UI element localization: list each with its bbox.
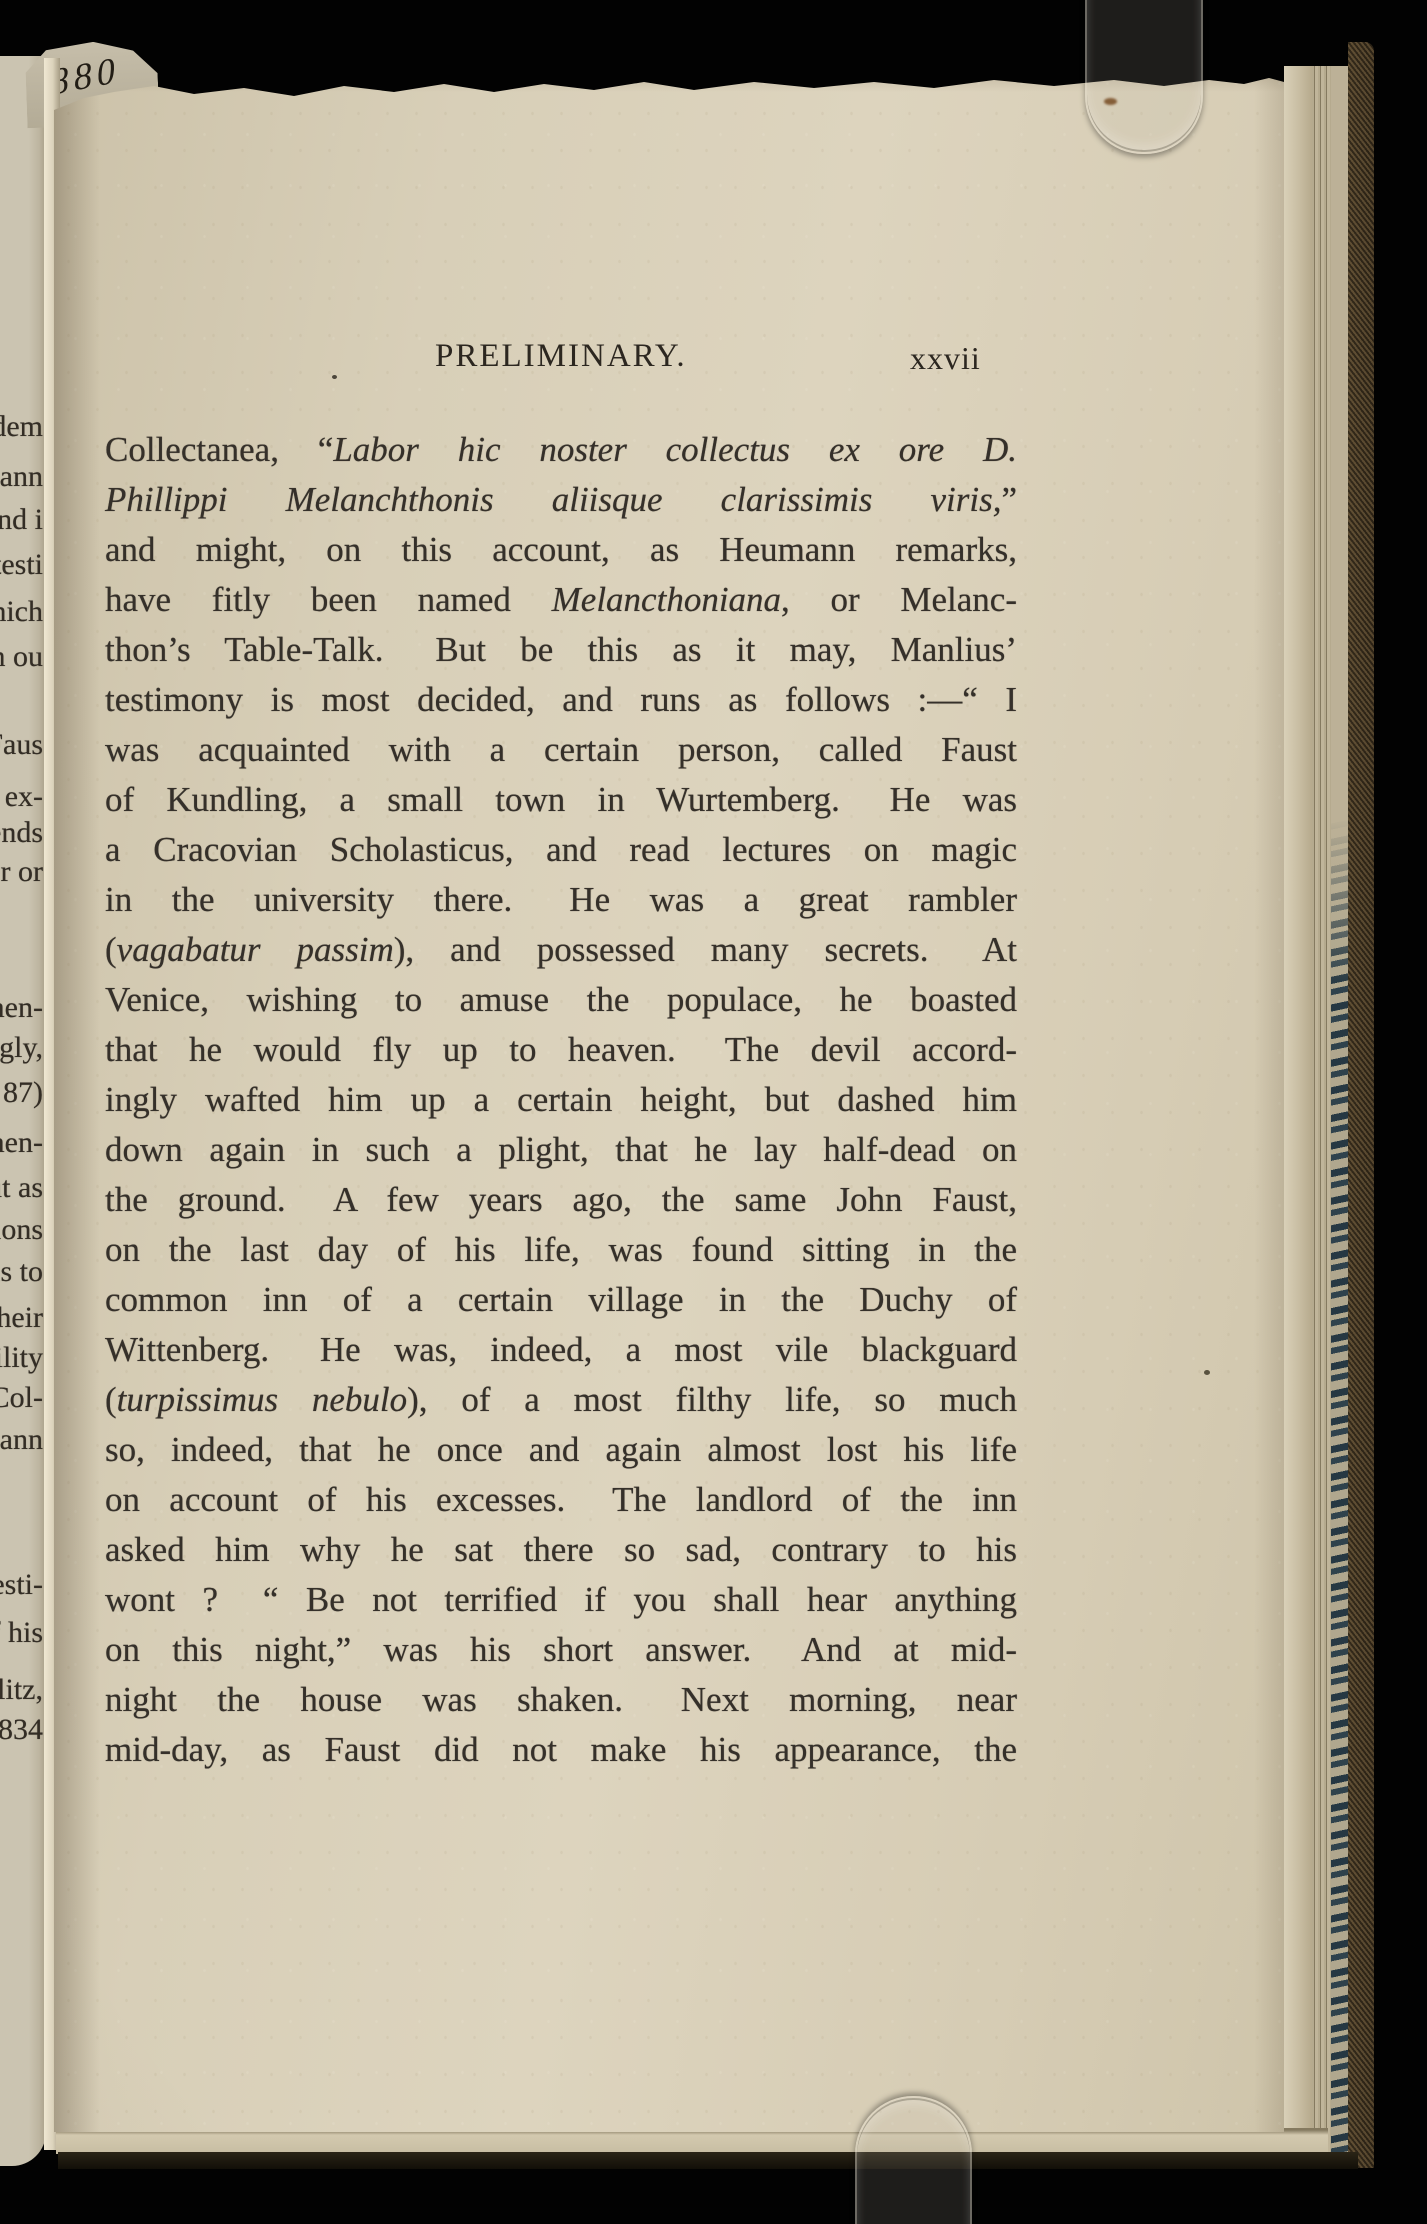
cover-cloth <box>1348 42 1374 2168</box>
facing-page-fragment: bability <box>0 1342 43 1374</box>
facing-page-fragment: uther or <box>0 856 43 888</box>
text-line: on this night,” was his short answer. An… <box>105 1628 1017 1678</box>
facing-page-fragment: umann <box>0 1424 43 1456</box>
text-line: have fitly been named Melancthoniana, or… <box>105 578 1017 628</box>
text-run: , or Melanc- <box>781 580 1017 619</box>
text-run: on this night,” was his short answer. An… <box>105 1630 1017 1669</box>
text-run: have fitly been named <box>105 580 552 619</box>
text-line: night the house was shaken. Next morning… <box>105 1678 1017 1728</box>
text-run: common inn of a certain village in the D… <box>105 1280 1017 1319</box>
text-line: (turpissimus nebulo), of a most filthy l… <box>105 1378 1017 1428</box>
book-scan-canvas: ain demeumannc, and ical testid, whichd … <box>0 0 1427 2224</box>
bottom-shadow <box>58 2152 1358 2169</box>
fore-edge <box>1284 66 1312 2156</box>
text-run: testimony is most decided, and runs as f… <box>105 680 1017 719</box>
facing-page-fragment: entions <box>0 1214 43 1246</box>
text-line: Wittenberg. He was, indeed, a most vile … <box>105 1328 1017 1378</box>
latin-italic-run: Labor hic noster collectus ex ore D. <box>333 430 1017 469</box>
page-holder-strap-top <box>1085 0 1203 154</box>
facing-page-fragment: ain dem <box>0 411 43 443</box>
facing-page-fragment: l friends <box>0 817 43 849</box>
text-line: on the last day of his life, was found s… <box>105 1228 1017 1278</box>
facing-page-fragment: but as <box>0 1172 43 1204</box>
facing-page-fragment: g, 1834 <box>0 1714 43 1746</box>
text-run: on account of his excesses. The landlord… <box>105 1480 1017 1519</box>
text-run: Venice, wishing to amuse the populace, h… <box>105 980 1017 1019</box>
text-run: wont ? “ Be not terrified if you shall h… <box>105 1580 1017 1619</box>
paper-speck <box>1204 1370 1210 1375</box>
facing-page-fragment: a testi- <box>0 1569 43 1601</box>
page-holder-strap-bottom <box>855 2096 972 2224</box>
text-line: testimony is most decided, and runs as f… <box>105 678 1017 728</box>
text-run: ), of a most filthy life, so much <box>407 1380 1017 1419</box>
facing-page-fragment: d in ou <box>0 641 43 673</box>
facing-page-fragment: d, which <box>0 596 43 628</box>
text-line: common inn of a certain village in the D… <box>105 1278 1017 1328</box>
latin-italic-run: turpissimus nebulo <box>117 1380 408 1419</box>
text-run: ( <box>105 1380 117 1419</box>
facing-page-fragment: ke men- <box>0 1127 43 1159</box>
text-line: in the university there. He was a great … <box>105 878 1017 928</box>
page-text: Collectanea, “Labor hic noster collectus… <box>105 428 1017 1778</box>
text-run: Wittenberg. He was, indeed, a most vile … <box>105 1330 1017 1369</box>
text-run: on the last day of his life, was found s… <box>105 1230 1017 1269</box>
latin-italic-run: Melancthoniana <box>552 580 781 619</box>
marbled-edge <box>1331 66 1348 2156</box>
page-number: xxvii <box>910 340 981 377</box>
text-run: was acquainted with a certain person, ca… <box>105 730 1017 769</box>
facing-page-fragment: Stieglitz, <box>0 1674 43 1706</box>
text-run: ” <box>1001 480 1017 519</box>
facing-page-fragment: g Faus <box>0 729 43 761</box>
facing-page-fragment: eumann <box>0 461 43 493</box>
text-line: ingly wafted him up a certain height, bu… <box>105 1078 1017 1128</box>
text-line: Phillippi Melanchthonis aliisque clariss… <box>105 478 1017 528</box>
text-line: Venice, wishing to amuse the populace, h… <box>105 978 1017 1028</box>
text-run: mid-day, as Faust did not make his appea… <box>105 1730 1017 1769</box>
text-line: asked him why he sat there so sad, contr… <box>105 1528 1017 1578</box>
facing-page-edge: ain demeumannc, and ical testid, whichd … <box>0 56 46 2166</box>
text-run: Collectanea, “ <box>105 430 333 469</box>
text-run: ), and possessed many secrets. At <box>394 930 1017 969</box>
text-line: down again in such a plight, that he lay… <box>105 1128 1017 1178</box>
text-run: night the house was shaken. Next morning… <box>105 1680 1017 1719</box>
text-run: ingly wafted him up a certain height, bu… <box>105 1080 1017 1119</box>
latin-italic-run: vagabatur passim <box>117 930 394 969</box>
page-stack-edges <box>1312 66 1331 2156</box>
text-run: a Cracovian Scholasticus, and read lectu… <box>105 830 1017 869</box>
text-line: and might, on this account, as Heumann r… <box>105 528 1017 578</box>
text-line: thon’s Table-Talk. But be this as it may… <box>105 628 1017 678</box>
facing-page-fragment: rdingly, <box>0 1032 43 1064</box>
text-run: in the university there. He was a great … <box>105 880 1017 919</box>
facing-page-fragment: ke men- <box>0 992 43 1024</box>
text-line: mid-day, as Faust did not make his appea… <box>105 1728 1017 1778</box>
text-line: (vagabatur passim), and possessed many s… <box>105 928 1017 978</box>
paper-speck <box>332 375 337 379</box>
text-line: of Kundling, a small town in Wurtemberg.… <box>105 778 1017 828</box>
text-run: and might, on this account, as Heumann r… <box>105 530 1017 569</box>
facing-page-fragment: vi. 87) <box>0 1077 43 1109</box>
latin-italic-run: Phillippi Melanchthonis aliisque clariss… <box>105 480 1001 519</box>
text-line: a Cracovian Scholasticus, and read lectu… <box>105 828 1017 878</box>
text-line: was acquainted with a certain person, ca… <box>105 728 1017 778</box>
text-line: so, indeed, that he once and again almos… <box>105 1428 1017 1478</box>
text-run: so, indeed, that he once and again almos… <box>105 1430 1017 1469</box>
facing-page-fragment: too, ex- <box>0 781 43 813</box>
text-line: the ground. A few years ago, the same Jo… <box>105 1178 1017 1228</box>
text-line: on account of his excesses. The landlord… <box>105 1478 1017 1528</box>
text-run: that he would fly up to heaven. The devi… <box>105 1030 1017 1069</box>
text-run: down again in such a plight, that he lay… <box>105 1130 1017 1169</box>
text-run: ( <box>105 930 117 969</box>
text-line: that he would fly up to heaven. The devi… <box>105 1028 1017 1078</box>
text-line: Collectanea, “Labor hic noster collectus… <box>105 428 1017 478</box>
running-title: PRELIMINARY. <box>435 338 687 375</box>
text-run: the ground. A few years ago, the same Jo… <box>105 1180 1017 1219</box>
text-line: wont ? “ Be not terrified if you shall h… <box>105 1578 1017 1628</box>
facing-page-fragment: cal testi <box>0 549 43 581</box>
text-run: thon’s Table-Talk. But be this as it may… <box>105 630 1017 669</box>
facing-page-fragment: of his <box>0 1617 43 1649</box>
facing-page-fragment: it is to <box>0 1256 43 1288</box>
text-run: asked him why he sat there so sad, contr… <box>105 1530 1017 1569</box>
facing-page-fragment: is Col- <box>0 1382 43 1414</box>
text-run: of Kundling, a small town in Wurtemberg.… <box>105 780 1017 819</box>
facing-page-fragment: on their <box>0 1302 43 1334</box>
book-page: PRELIMINARY. xxvii Collectanea, “Labor h… <box>54 58 1284 2132</box>
facing-page-fragment: c, and i <box>0 504 43 536</box>
